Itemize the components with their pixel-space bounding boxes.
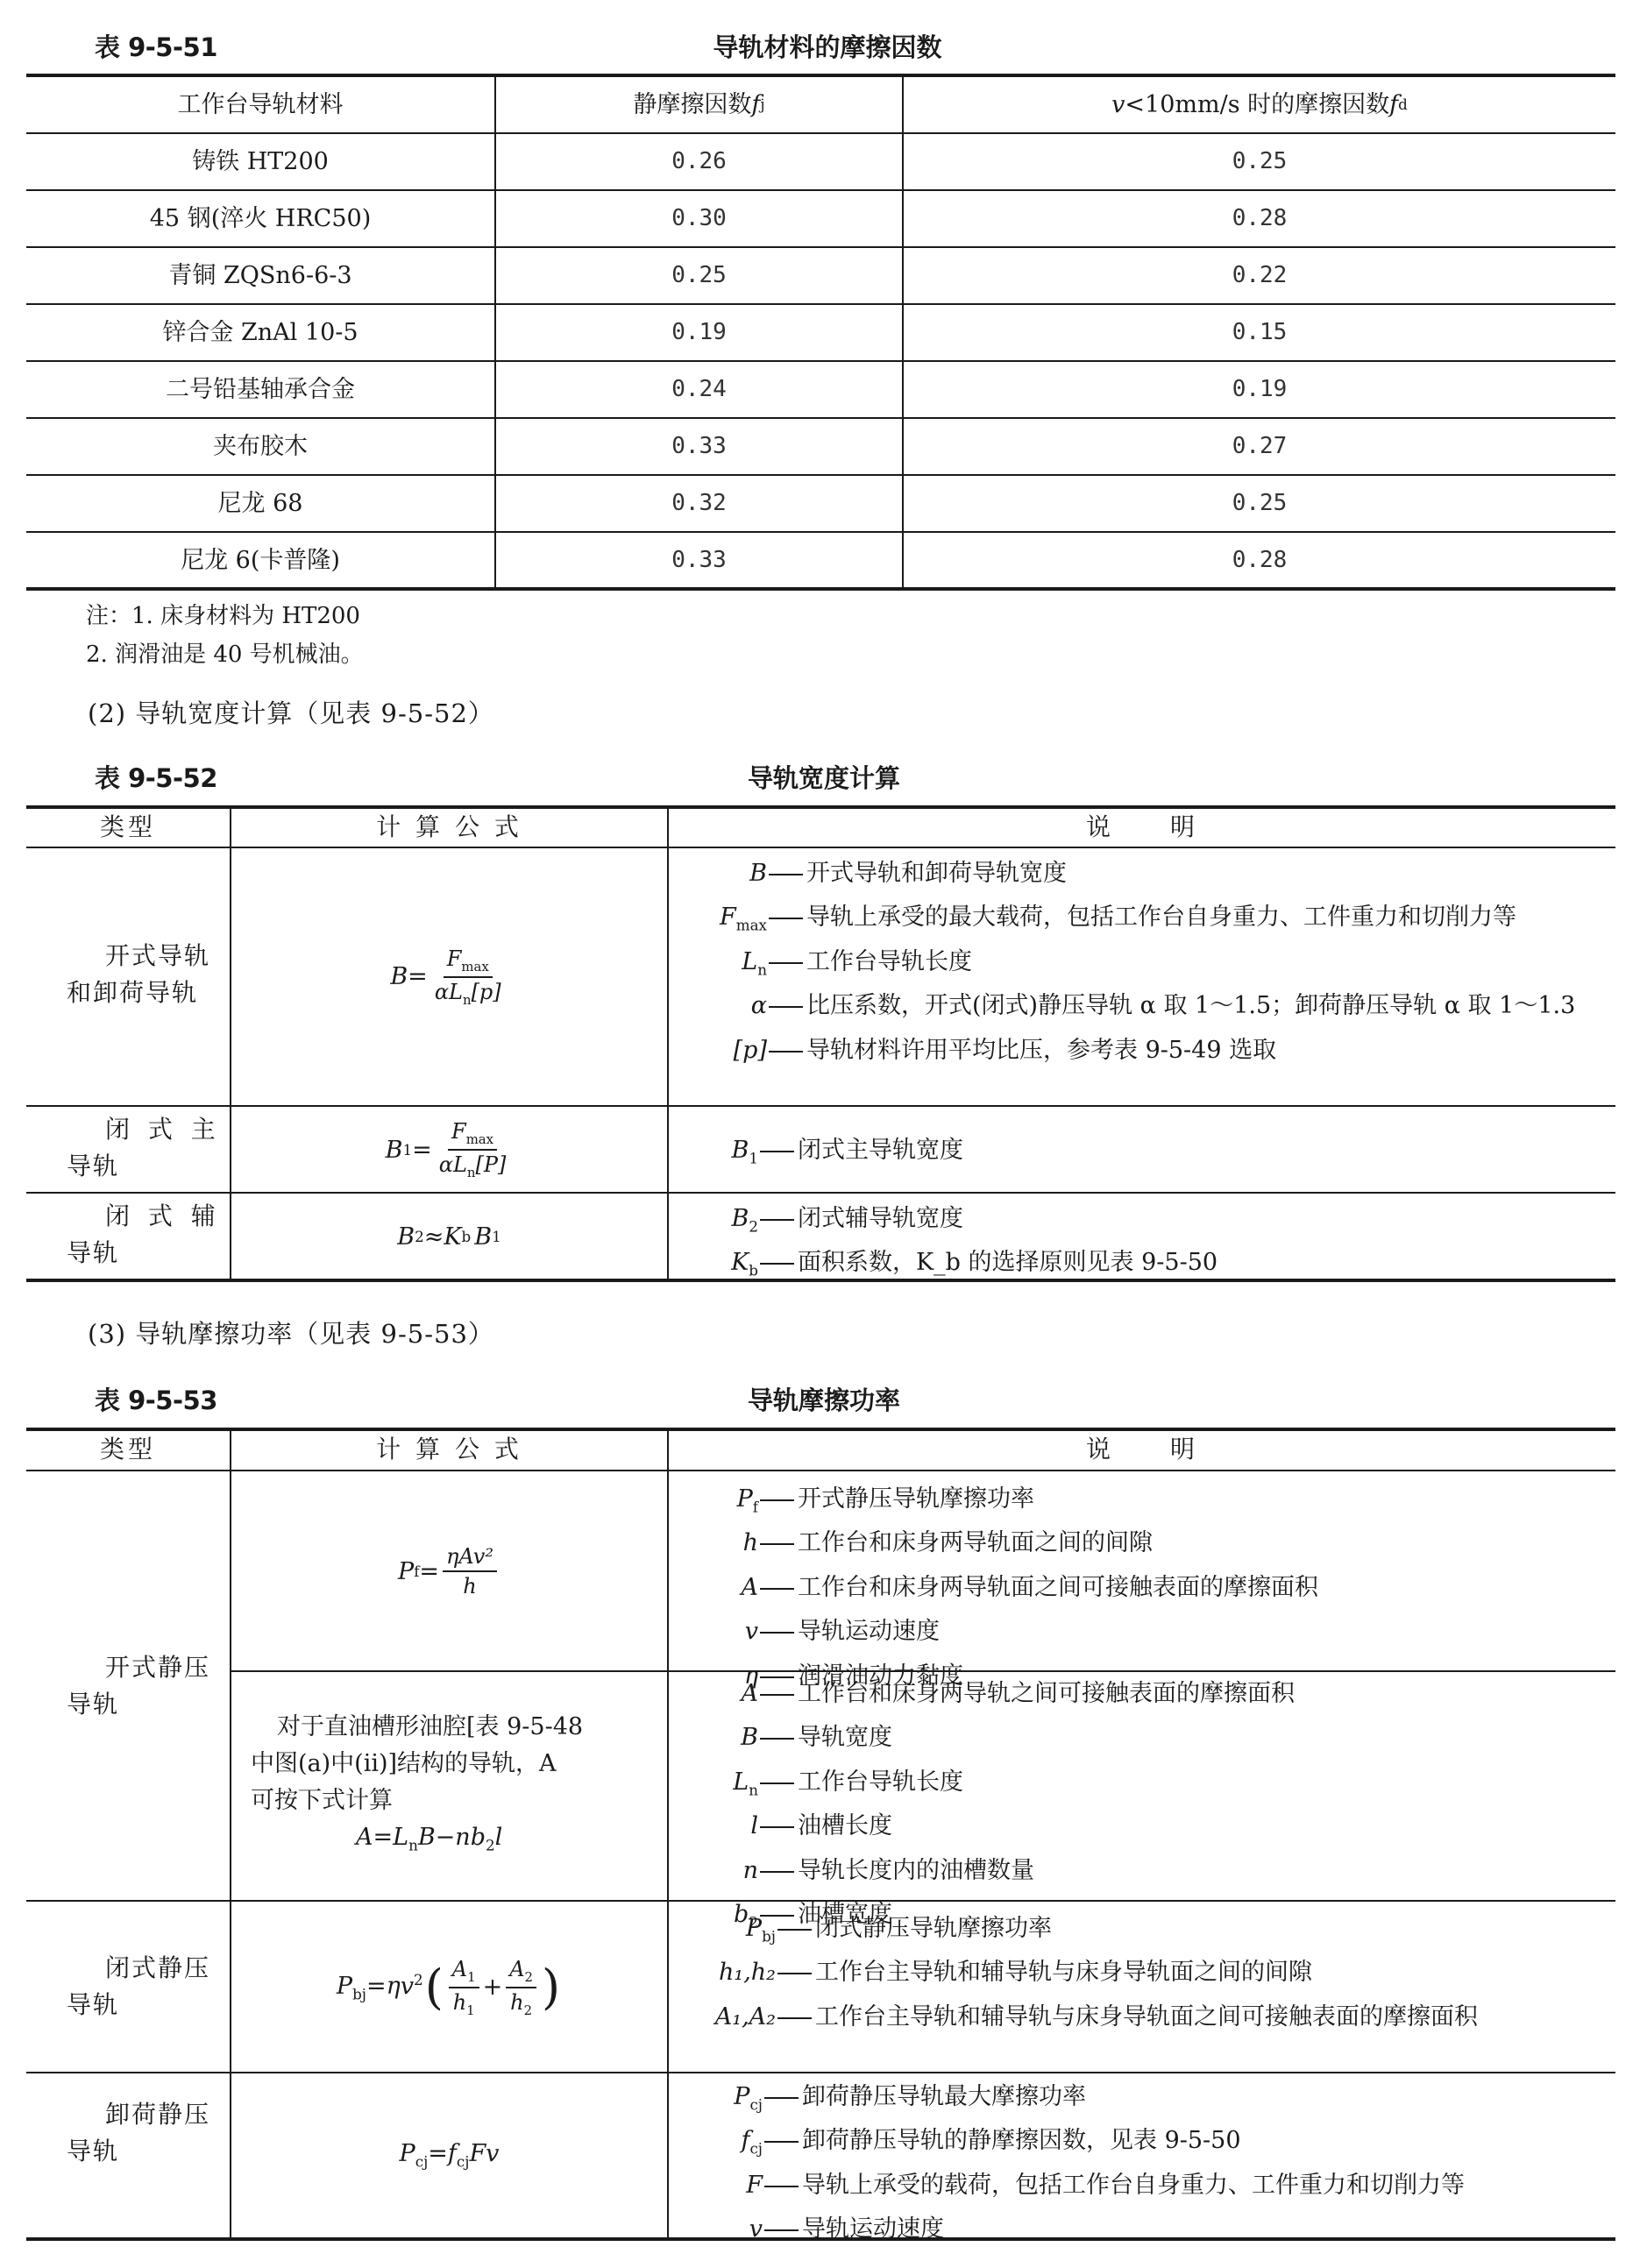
symbol: A [742,1574,759,1601]
type-label-line2: 导轨 [47,2133,230,2170]
dynamic-subscript: d [1398,96,1408,115]
description-text: 工作台导轨长度 [806,944,1604,988]
static-label: 静摩擦因数 [633,89,751,120]
type-label-line1: 闭式静压 [47,1950,230,1987]
dynamic-cell: 0.25 [904,134,1615,189]
symbol-sub: cj [749,2095,763,2113]
static-cell: 0.25 [496,248,902,303]
description-list: Pcj卸荷静压导轨最大摩擦功率 fcj卸荷静压导轨的静摩擦因数，见表 9-5-5… [684,2079,1604,2256]
numerator: ηAv² [443,1544,497,1572]
dynamic-cell: 0.27 [904,419,1615,474]
dash [767,988,806,1031]
table-note: 2. 润滑油是 40 号机械油。 [86,636,364,669]
formula-part: ≈K [424,1223,462,1251]
formula-sub: b [462,1228,472,1245]
symbol-sub: n [757,960,767,978]
symbol: F [746,2172,763,2199]
type-cell: 闭 式 辅 导轨 [26,1198,230,1272]
symbol: l [750,1812,758,1839]
numerator-sub: max [466,1131,493,1147]
symbol-sub: max [736,917,767,934]
material-cell: 青铜 ZQSn6-6-3 [26,248,494,303]
description-item: v导轨运动速度 [684,2211,1604,2255]
description-text: 闭式静压导轨摩擦功率 [815,1910,1604,1954]
formula-part: B [397,1223,415,1251]
static-cell: 0.19 [496,305,902,360]
description-text: 开式静压导轨摩擦功率 [798,1481,1604,1525]
numerator: F [447,946,462,971]
dash [776,1954,815,1998]
symbol-sub: cj [749,2140,763,2158]
note-line: 对于直油槽形油腔[表 9-5-48 [251,1709,656,1746]
symbol: A [742,1680,759,1707]
dash [763,2167,802,2211]
symbol: A₁,A₂ [715,2003,776,2031]
description-item: Ln工作台导轨长度 [684,1764,1604,1808]
description-item: fcj卸荷静压导轨的静摩擦因数，见表 9-5-50 [684,2123,1604,2166]
table-number: 表 9-5-52 [95,759,217,795]
column-header-static: 静摩擦因数 fj [496,77,902,133]
symbol-sub: b [749,1262,758,1279]
symbol-sub: n [749,1781,758,1798]
table-number: 表 9-5-51 [95,28,217,64]
symbol: B [749,860,767,887]
dash [776,1999,815,2043]
symbol-sub: 2 [749,1217,758,1235]
description-text: 卸荷静压导轨最大摩擦功率 [802,2079,1604,2123]
dash [758,1570,798,1613]
description-text: 工作台主导轨和辅导轨与床身导轨面之间可接触表面的摩擦面积 [815,1999,1604,2043]
numerator-sub: max [461,959,488,975]
fraction: Fmax αLn[P] [436,1119,510,1180]
formula-lhs: B [386,1137,403,1164]
description-text: 油槽长度 [798,1808,1604,1852]
type-label-line1: 闭 式 主 [47,1111,230,1148]
description-item: [p]导轨材料许用平均比压，参考表 9-5-49 选取 [684,1032,1604,1076]
description-text: 面积系数，K_b 的选择原则见表 9-5-50 [798,1244,1604,1288]
plus: + [483,1974,503,2001]
material-cell: 铸铁 HT200 [26,134,494,189]
description-item: B1闭式主导轨宽度 [684,1132,1604,1176]
description-item: α比压系数，开式(闭式)静压导轨 α 取 1～1.5；卸荷静压导轨 α 取 1～… [684,988,1604,1031]
description-item: A工作台和床身两导轨之间可接触表面的摩擦面积 [684,1676,1604,1719]
dynamic-cell: 0.25 [904,476,1615,531]
formula-cell: Pbj=ηv2 ( A1h1 + A2h2 ) [231,1902,667,2073]
description-item: Ln工作台导轨长度 [684,944,1604,988]
symbol: L [742,948,757,975]
symbol-sub: bj [762,1927,776,1945]
static-subscript: j [760,96,764,115]
type-label-line2: 导轨 [47,1235,230,1272]
type-label-line1: 开式导轨 [47,938,230,975]
formula-lhs: B= [390,963,427,990]
denominator: h [459,1572,479,1598]
dash [758,1525,798,1569]
symbol: B [732,1137,749,1164]
equals: = [419,1558,439,1585]
velocity-symbol: v [1111,89,1125,120]
column-header-formula: 计 算 公 式 [231,1430,667,1470]
description-list: B1闭式主导轨宽度 [684,1132,1604,1176]
static-cell: 0.30 [496,191,902,246]
denominator: αL [435,980,463,1004]
dash [767,899,806,943]
area-formula: A=LnB−nb2l [251,1819,656,1863]
description-item: Pbj闭式静压导轨摩擦功率 [684,1910,1604,1954]
sub-formula-note: 对于直油槽形油腔[表 9-5-48 中图(a)中(ⅱ)]结构的导轨，A 可按下式… [251,1709,656,1863]
description-text: 导轨上承受的载荷，包括工作台自身重力、工件重力和切削力等 [802,2167,1604,2211]
static-cell: 0.32 [496,476,902,531]
type-cell: 卸荷静压 导轨 [26,2096,230,2170]
symbol: P [737,1485,753,1513]
description-text: 闭式辅导轨宽度 [798,1201,1604,1244]
description-item: B导轨宽度 [684,1719,1604,1763]
type-cell: 开式导轨 和卸荷导轨 [26,938,230,1011]
fraction: A1h1 [449,1957,479,2018]
dynamic-cell: 0.22 [904,248,1615,303]
dynamic-cell: 0.28 [904,533,1615,588]
equals: = [412,1137,432,1164]
dash [758,1676,798,1719]
material-cell: 夹布胶木 [26,419,494,474]
formula-lhs-sub: 1 [402,1141,412,1159]
description-item: Pf开式静压导轨摩擦功率 [684,1481,1604,1525]
description-item: B开式导轨和卸荷导轨宽度 [684,855,1604,899]
dash [767,1032,806,1076]
description-text: 工作台和床身两导轨面之间的间隙 [798,1525,1604,1569]
dash [758,1201,798,1244]
static-symbol: f [751,89,760,120]
table-title: 导轨摩擦功率 [614,1381,1034,1417]
type-label-line2: 导轨 [47,1987,230,2023]
symbol: K [731,1249,749,1276]
denominator: αL [439,1152,467,1177]
description-text: 闭式主导轨宽度 [798,1132,1604,1176]
table-note: 注：1. 床身材料为 HT200 [86,598,360,630]
column-header-type: 类型 [26,808,230,847]
description-text: 卸荷静压导轨的静摩擦因数，见表 9-5-50 [802,2123,1604,2166]
type-label-line1: 开式静压 [47,1649,230,1686]
symbol: B [741,1724,758,1751]
description-item: Kb面积系数，K_b 的选择原则见表 9-5-50 [684,1244,1604,1288]
fraction: A2h2 [506,1957,536,2018]
symbol: F [720,904,736,931]
dash [767,855,806,899]
material-cell: 锌合金 ZnAl 10-5 [26,305,494,360]
description-text: 导轨长度内的油槽数量 [798,1853,1604,1896]
column-divider [667,1429,669,2238]
description-item: Fmax导轨上承受的最大载荷，包括工作台自身重力、工件重力和切削力等 [684,899,1604,943]
formula-cell: Pcj=fcjFv [231,2073,667,2236]
description-list: Pf开式静压导轨摩擦功率 h工作台和床身两导轨面之间的间隙 A工作台和床身两导轨… [684,1481,1604,1702]
description-text: 导轨运动速度 [802,2211,1604,2255]
dash [776,1910,815,1954]
symbol: L [733,1768,749,1796]
closed-power-formula: Pbj=ηv2 [337,1971,423,2002]
column-divider [667,807,669,1280]
column-header-dynamic: v <10mm/s 时的摩擦因数 fd [904,77,1615,133]
formula-cell: Pf= ηAv² h [231,1471,667,1671]
symbol: [p] [734,1037,767,1064]
table-rule [26,1279,1615,1282]
dynamic-cell: 0.19 [904,362,1615,417]
formula-cell: B1= Fmax αLn[P] [231,1107,667,1193]
dash [758,1719,798,1763]
table-rule [26,2237,1615,2241]
dash [758,1764,798,1808]
dash [767,944,806,988]
table-title: 导轨材料的摩擦因数 [494,28,1161,64]
formula-cell: B2≈KbB1 [231,1194,667,1279]
description-text: 导轨上承受的最大载荷，包括工作台自身重力、工件重力和切削力等 [806,899,1604,943]
description-text: 导轨材料许用平均比压，参考表 9-5-49 选取 [806,1032,1604,1076]
dynamic-label: <10mm/s 时的摩擦因数 [1125,89,1389,120]
section-heading: (2) 导轨宽度计算（见表 9-5-52） [88,694,494,730]
description-list: B开式导轨和卸荷导轨宽度 Fmax导轨上承受的最大载荷，包括工作台自身重力、工件… [684,855,1604,1076]
description-item: l油槽长度 [684,1808,1604,1852]
type-label-line1: 闭 式 辅 [47,1198,230,1235]
description-item: A工作台和床身两导轨面之间可接触表面的摩擦面积 [684,1570,1604,1613]
material-cell: 尼龙 6(卡普隆) [26,533,494,588]
table-rule [26,587,1615,591]
description-item: h工作台和床身两导轨面之间的间隙 [684,1525,1604,1569]
type-label-line2: 导轨 [47,1686,230,1723]
dash [763,2123,802,2166]
symbol: v [745,1618,758,1645]
description-list: B2闭式辅导轨宽度 Kb面积系数，K_b 的选择原则见表 9-5-50 [684,1201,1604,1289]
description-text: 开式导轨和卸荷导轨宽度 [806,855,1604,899]
description-text: 工作台和床身两导轨面之间可接触表面的摩擦面积 [798,1570,1604,1613]
description-text: 导轨运动速度 [798,1613,1604,1657]
symbol: f [741,2127,749,2154]
description-text: 工作台导轨长度 [798,1764,1604,1808]
dash [758,1244,798,1288]
column-header-formula: 计 算 公 式 [231,808,667,847]
dynamic-cell: 0.28 [904,191,1615,246]
table-number: 表 9-5-53 [95,1381,217,1417]
description-item: A₁,A₂工作台主导轨和辅导轨与床身导轨面之间可接触表面的摩擦面积 [684,1999,1604,2043]
symbol: P [734,2083,749,2110]
description-item: Pcj卸荷静压导轨最大摩擦功率 [684,2079,1604,2123]
description-text: 工作台主导轨和辅导轨与床身导轨面之间的间隙 [815,1954,1604,1998]
symbol: B [732,1205,749,1232]
symbol: P [746,1915,762,1942]
description-item: F导轨上承受的载荷，包括工作台自身重力、工件重力和切削力等 [684,2167,1604,2211]
type-label-line2: 导轨 [47,1148,230,1185]
open-paren: ( [425,1960,444,2015]
description-text: 工作台和床身两导轨之间可接触表面的摩擦面积 [798,1676,1604,1719]
static-cell: 0.33 [496,533,902,588]
static-cell: 0.26 [496,134,902,189]
column-header-description: 说 明 [669,1430,1615,1470]
description-text: 导轨宽度 [798,1719,1604,1763]
formula-sub: 2 [415,1228,424,1245]
symbol-sub: 1 [749,1149,758,1166]
formula-sub: 1 [492,1228,501,1245]
section-heading: (3) 导轨摩擦功率（见表 9-5-53） [88,1315,494,1350]
static-cell: 0.24 [496,362,902,417]
denominator-sub: n [467,1165,476,1180]
dynamic-cell: 0.15 [904,305,1615,360]
column-header-material: 工作台导轨材料 [26,77,494,133]
dynamic-symbol: f [1389,89,1398,120]
formula-cell: B= Fmax αLn[p] [231,848,667,1105]
dash [763,2211,802,2255]
fraction: Fmax αLn[p] [431,946,505,1008]
description-item: v导轨运动速度 [684,1613,1604,1657]
fraction: ηAv² h [443,1544,497,1598]
symbol: n [743,1857,758,1884]
material-cell: 45 钢(淬火 HRC50) [26,191,494,246]
close-paren: ) [542,1960,560,2015]
formula-part: B [474,1223,492,1251]
dash [758,1132,798,1176]
description-list: Pbj闭式静压导轨摩擦功率 h₁,h₂工作台主导轨和辅导轨与床身导轨面之间的间隙… [684,1910,1604,2043]
note-line: 可按下式计算 [251,1783,656,1819]
dash [763,2079,802,2123]
type-label-line1: 卸荷静压 [47,2096,230,2133]
material-cell: 尼龙 68 [26,476,494,531]
formula-lhs: P [398,1558,414,1585]
symbol: h₁,h₂ [719,1959,776,1986]
sub-row-rule [230,1670,1615,1672]
column-header-description: 说 明 [669,808,1615,847]
static-cell: 0.33 [496,419,902,474]
denominator-tail: [P] [476,1152,507,1177]
type-cell: 闭 式 主 导轨 [26,1111,230,1185]
type-label-line2: 和卸荷导轨 [47,975,230,1011]
dash [758,1808,798,1852]
type-cell: 闭式静压 导轨 [26,1950,230,2023]
denominator-sub: n [463,991,472,1007]
column-header-type: 类型 [26,1430,230,1470]
type-cell: 开式静压 导轨 [26,1649,230,1723]
description-text: 比压系数，开式(闭式)静压导轨 α 取 1～1.5；卸荷静压导轨 α 取 1～1… [806,988,1604,1031]
description-item: B2闭式辅导轨宽度 [684,1201,1604,1244]
dash [758,1481,798,1525]
description-item: h₁,h₂工作台主导轨和辅导轨与床身导轨面之间的间隙 [684,1954,1604,1998]
denominator-tail: [p] [472,980,501,1004]
symbol: h [743,1529,758,1556]
description-item: n导轨长度内的油槽数量 [684,1853,1604,1896]
material-cell: 二号铅基轴承合金 [26,362,494,417]
dash [758,1613,798,1657]
note-line: 中图(a)中(ⅱ)]结构的导轨，A [251,1746,656,1783]
numerator: F [451,1119,466,1144]
table-title: 导轨宽度计算 [614,759,1034,795]
symbol: α [751,992,767,1019]
dash [758,1853,798,1896]
unloading-power-formula: Pcj=fcjFv [400,2140,500,2170]
